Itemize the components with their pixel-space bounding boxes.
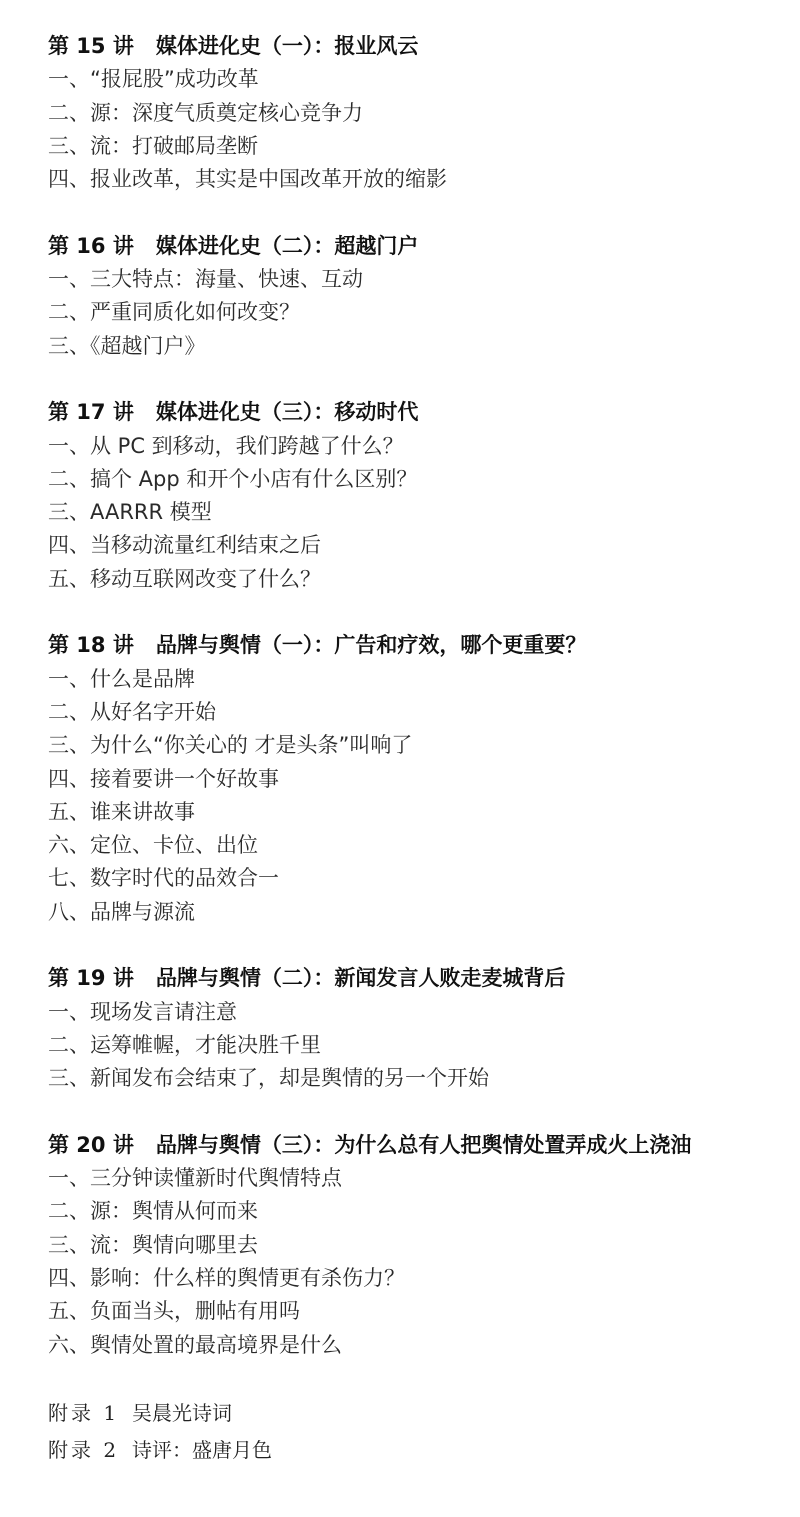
lecture-number: 第 19 讲 xyxy=(48,966,134,990)
lecture-19: 第 19 讲品牌与舆情（二）：新闻发言人败走麦城背后 一、现场发言请注意 二、运… xyxy=(48,962,788,1095)
list-item: 三、流：舆情向哪里去 xyxy=(48,1229,788,1262)
list-item: 二、从好名字开始 xyxy=(48,696,788,729)
list-item: 一、现场发言请注意 xyxy=(48,996,788,1029)
list-item: 二、搞个 App 和开个小店有什么区别？ xyxy=(48,463,788,496)
lecture-16: 第 16 讲媒体进化史（二）：超越门户 一、三大特点：海量、快速、互动 二、严重… xyxy=(48,230,788,363)
list-item: 三、《超越门户》 xyxy=(48,330,788,363)
list-item: 六、舆情处置的最高境界是什么 xyxy=(48,1329,788,1362)
lecture-heading: 媒体进化史（一）：报业风云 xyxy=(156,34,419,58)
list-item: 二、源：深度气质奠定核心竞争力 xyxy=(48,97,788,130)
lecture-17: 第 17 讲媒体进化史（三）：移动时代 一、从 PC 到移动，我们跨越了什么？ … xyxy=(48,396,788,596)
table-of-contents: 第 15 讲媒体进化史（一）：报业风云 一、“报屁股”成功改革 二、源：深度气质… xyxy=(48,30,788,1469)
list-item: 四、当移动流量红利结束之后 xyxy=(48,529,788,562)
lecture-title: 第 18 讲品牌与舆情（一）：广告和疗效，哪个更重要？ xyxy=(48,629,788,662)
lecture-heading: 品牌与舆情（三）：为什么总有人把舆情处置弄成火上浇油 xyxy=(156,1133,692,1157)
lecture-title: 第 15 讲媒体进化史（一）：报业风云 xyxy=(48,30,788,63)
lecture-15: 第 15 讲媒体进化史（一）：报业风云 一、“报屁股”成功改革 二、源：深度气质… xyxy=(48,30,788,196)
list-item: 五、负面当头，删帖有用吗 xyxy=(48,1295,788,1328)
list-item: 三、为什么“你关心的 才是头条”叫响了 xyxy=(48,729,788,762)
lecture-number: 第 17 讲 xyxy=(48,400,134,424)
lecture-heading: 媒体进化史（二）：超越门户 xyxy=(156,234,419,258)
list-item: 四、影响：什么样的舆情更有杀伤力？ xyxy=(48,1262,788,1295)
lecture-number: 第 20 讲 xyxy=(48,1133,134,1157)
list-item: 五、谁来讲故事 xyxy=(48,796,788,829)
appendix-label: 附录 2 xyxy=(48,1432,132,1469)
list-item: 三、AARRR 模型 xyxy=(48,496,788,529)
appendix-title: 诗评：盛唐月色 xyxy=(132,1438,272,1462)
list-item: 一、三分钟读懂新时代舆情特点 xyxy=(48,1162,788,1195)
list-item: 二、严重同质化如何改变？ xyxy=(48,296,788,329)
lecture-number: 第 18 讲 xyxy=(48,633,134,657)
list-item: 七、数字时代的品效合一 xyxy=(48,862,788,895)
list-item: 八、品牌与源流 xyxy=(48,896,788,929)
lecture-18: 第 18 讲品牌与舆情（一）：广告和疗效，哪个更重要？ 一、什么是品牌 二、从好… xyxy=(48,629,788,929)
lecture-number: 第 16 讲 xyxy=(48,234,134,258)
list-item: 一、“报屁股”成功改革 xyxy=(48,63,788,96)
list-item: 四、接着要讲一个好故事 xyxy=(48,763,788,796)
lecture-title: 第 19 讲品牌与舆情（二）：新闻发言人败走麦城背后 xyxy=(48,962,788,995)
lecture-title: 第 16 讲媒体进化史（二）：超越门户 xyxy=(48,230,788,263)
list-item: 一、三大特点：海量、快速、互动 xyxy=(48,263,788,296)
lecture-title: 第 17 讲媒体进化史（三）：移动时代 xyxy=(48,396,788,429)
list-item: 二、源：舆情从何而来 xyxy=(48,1195,788,1228)
lecture-title: 第 20 讲品牌与舆情（三）：为什么总有人把舆情处置弄成火上浇油 xyxy=(48,1129,788,1162)
appendix-item: 附录 1吴晨光诗词 xyxy=(48,1395,788,1432)
list-item: 三、新闻发布会结束了，却是舆情的另一个开始 xyxy=(48,1062,788,1095)
lecture-heading: 媒体进化史（三）：移动时代 xyxy=(156,400,419,424)
list-item: 五、移动互联网改变了什么？ xyxy=(48,563,788,596)
appendix-item: 附录 2诗评：盛唐月色 xyxy=(48,1432,788,1469)
lecture-heading: 品牌与舆情（一）：广告和疗效，哪个更重要？ xyxy=(156,633,587,657)
list-item: 三、流：打破邮局垄断 xyxy=(48,130,788,163)
list-item: 二、运筹帷幄，才能决胜千里 xyxy=(48,1029,788,1062)
appendix-title: 吴晨光诗词 xyxy=(132,1401,232,1425)
list-item: 四、报业改革，其实是中国改革开放的缩影 xyxy=(48,163,788,196)
lecture-20: 第 20 讲品牌与舆情（三）：为什么总有人把舆情处置弄成火上浇油 一、三分钟读懂… xyxy=(48,1129,788,1362)
list-item: 一、什么是品牌 xyxy=(48,663,788,696)
appendix-label: 附录 1 xyxy=(48,1395,132,1432)
lecture-number: 第 15 讲 xyxy=(48,34,134,58)
list-item: 一、从 PC 到移动，我们跨越了什么？ xyxy=(48,430,788,463)
appendix-list: 附录 1吴晨光诗词 附录 2诗评：盛唐月色 xyxy=(48,1395,788,1469)
list-item: 六、定位、卡位、出位 xyxy=(48,829,788,862)
lecture-heading: 品牌与舆情（二）：新闻发言人败走麦城背后 xyxy=(156,966,566,990)
